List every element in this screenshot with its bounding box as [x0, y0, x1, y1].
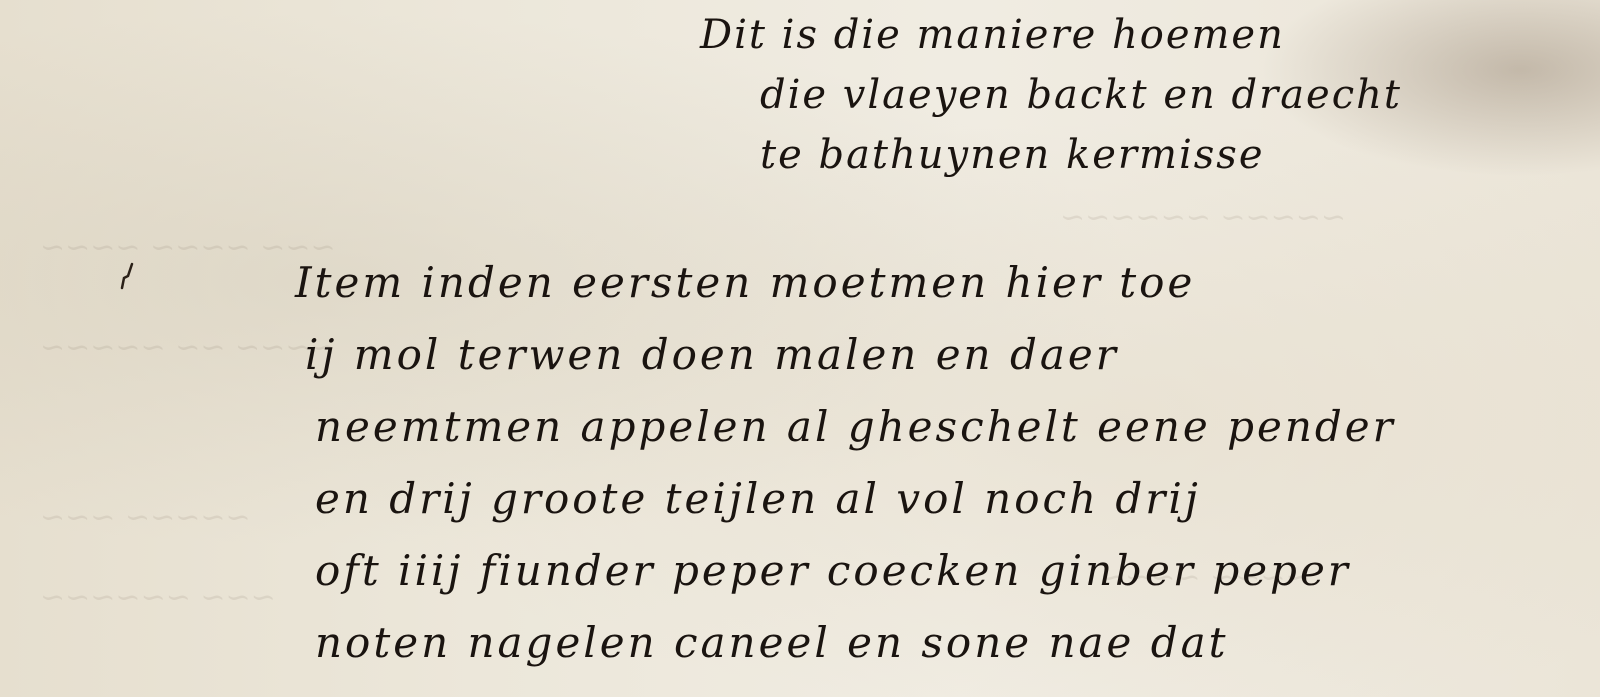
bleed-through-text: ~~~~~ ~~~~~~ — [1060, 200, 1346, 235]
bleed-through-text: ~~~~~ ~~~ — [40, 500, 251, 535]
heading-line: die vlaeyen backt en draecht — [760, 72, 1402, 118]
body-line: en drij groote teijlen al vol noch drij — [315, 474, 1201, 523]
margin-mark-icon — [118, 262, 136, 302]
body-line: noten nagelen caneel en sone nae dat — [315, 618, 1229, 667]
bleed-through-text: ~~~ ~~~~ ~~~~ — [40, 230, 336, 265]
body-line: oft iiij fiunder peper coecken ginber pe… — [315, 546, 1351, 595]
bleed-through-text: ~~~~ ~~ ~~~~~ — [40, 330, 336, 365]
bleed-through-text: ~~~ ~~~~~~ — [40, 580, 276, 615]
heading-line: te bathuynen kermisse — [760, 132, 1265, 178]
body-line: ij mol terwen doen malen en daer — [305, 330, 1119, 379]
manuscript-page: ~~~ ~~~~ ~~~~ ~~~~ ~~ ~~~~~ ~~~~~ ~~~ ~~… — [0, 0, 1600, 697]
body-line: Item inden eersten moetmen hier toe — [295, 258, 1195, 307]
body-line: neemtmen appelen al gheschelt eene pende… — [315, 402, 1396, 451]
heading-line: Dit is die maniere hoemen — [700, 12, 1285, 58]
